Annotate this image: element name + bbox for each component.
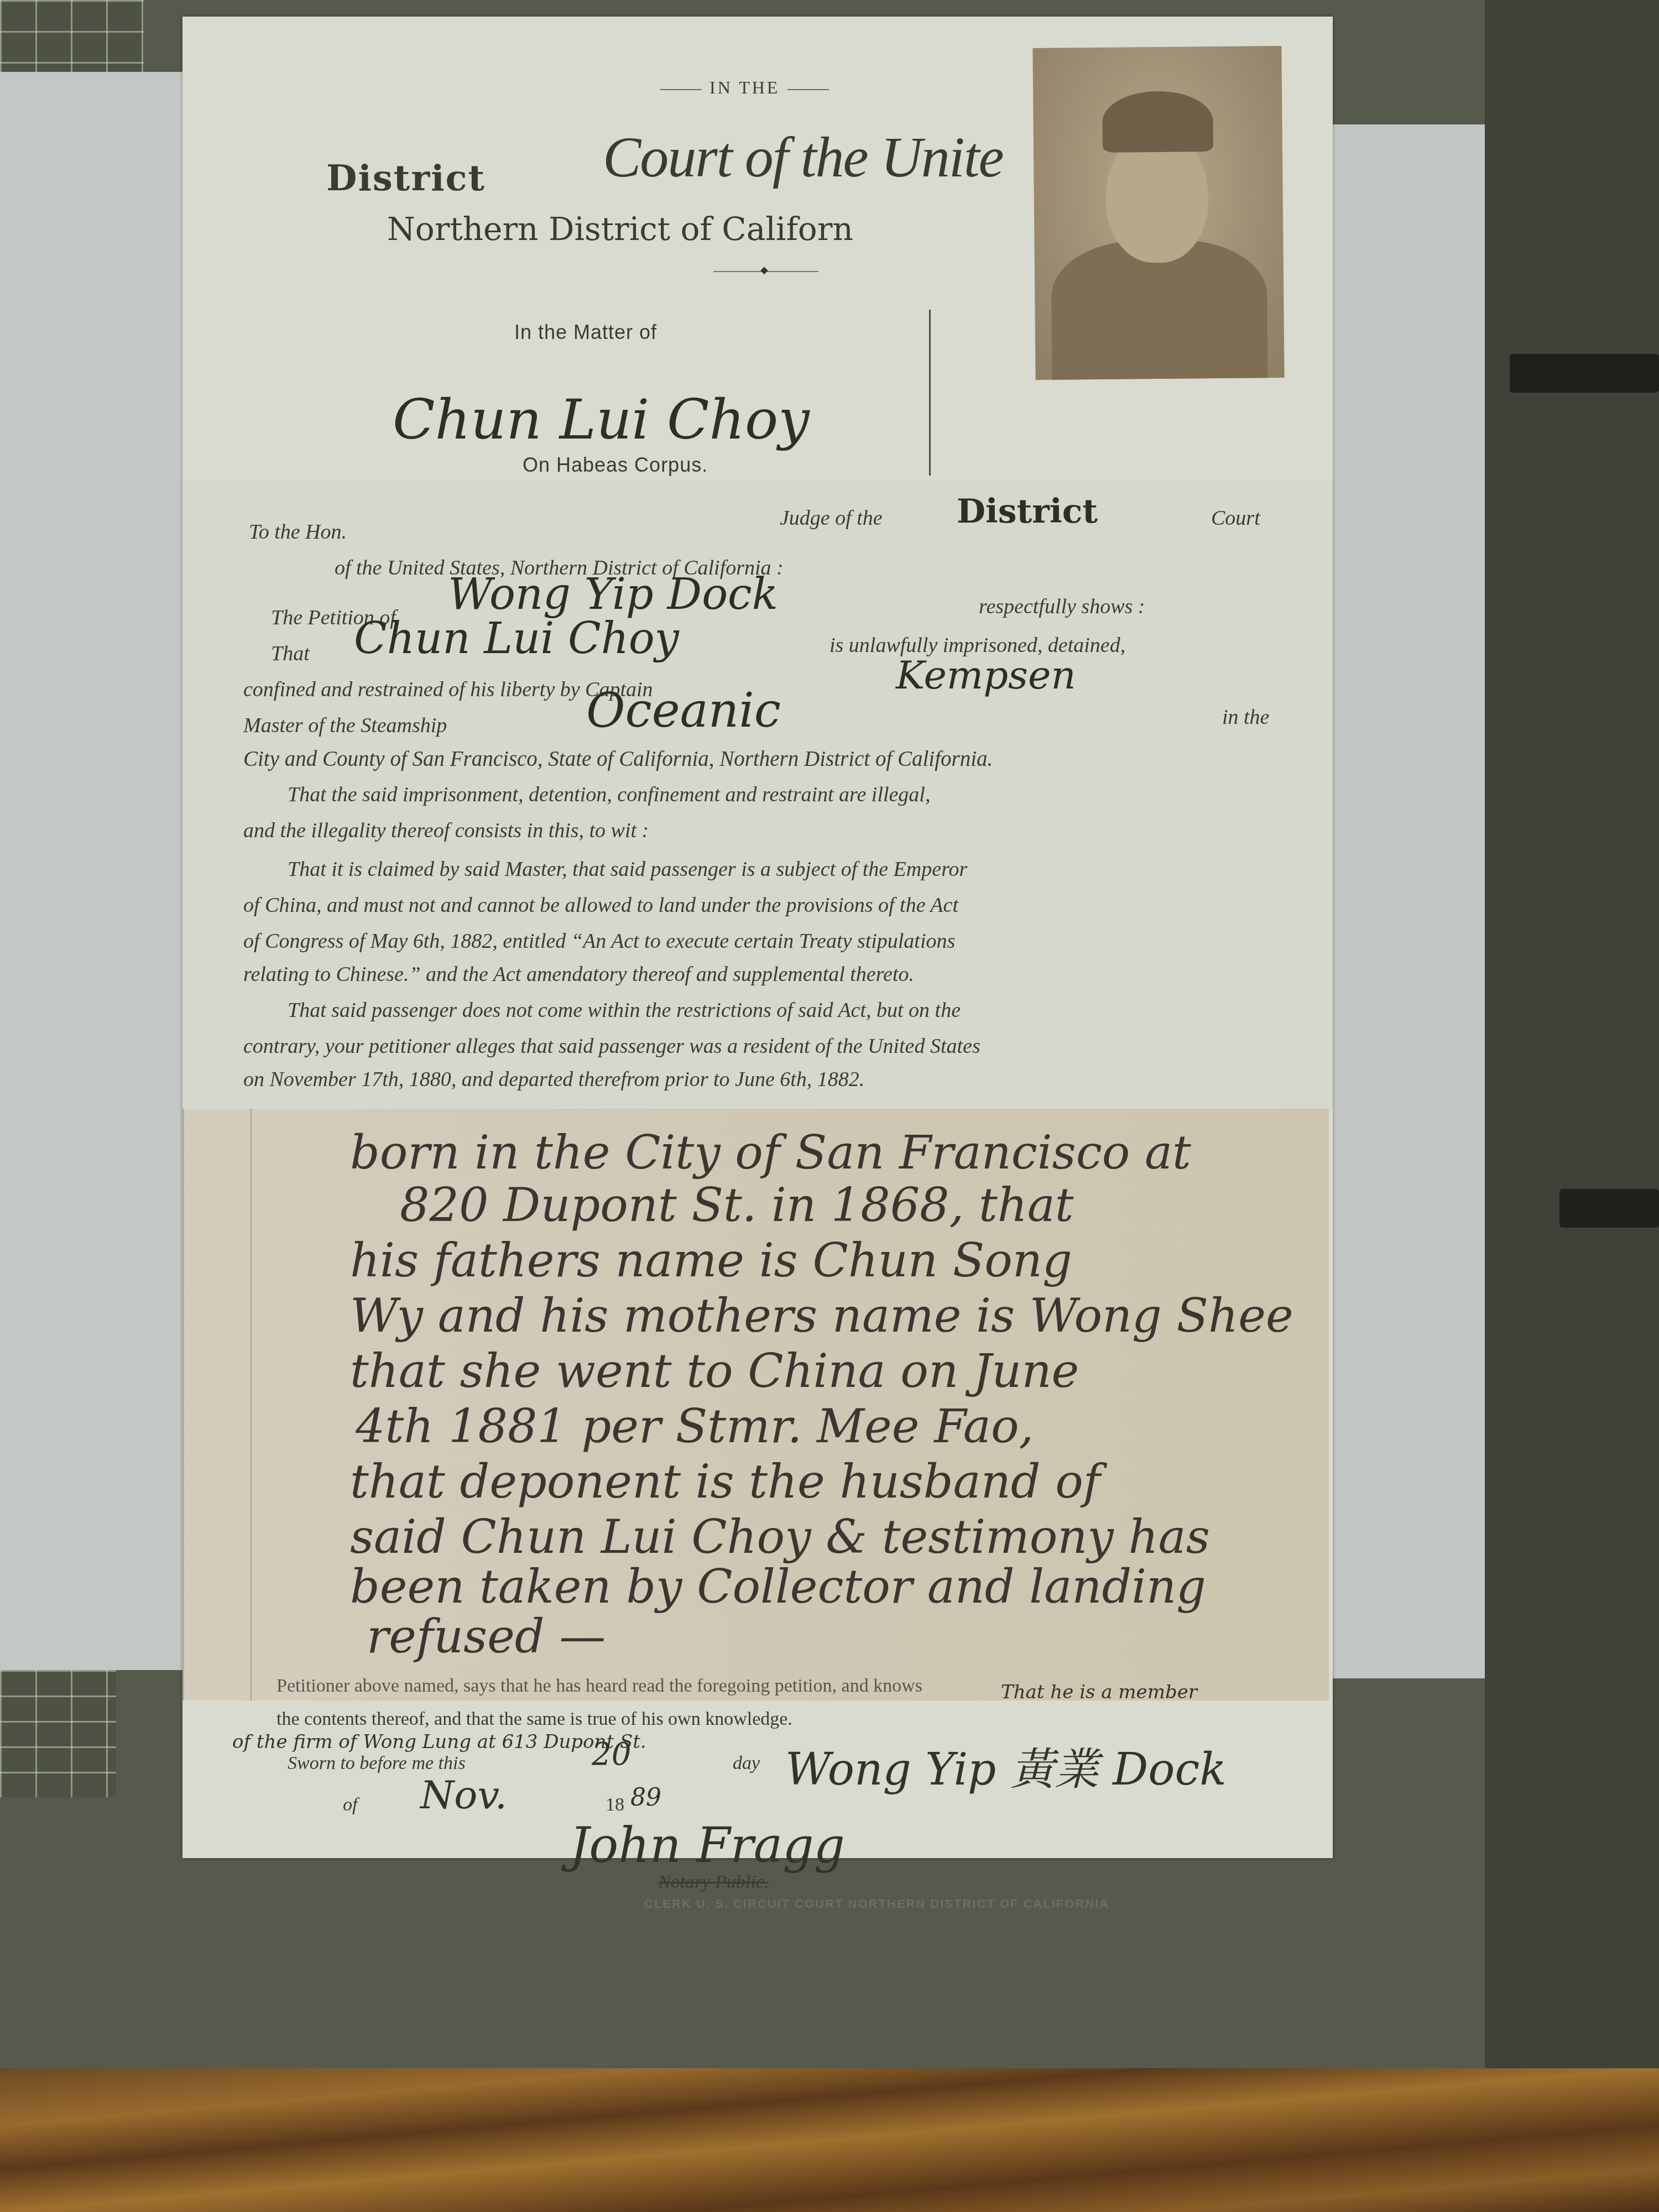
- margin-rule: [251, 1109, 252, 1700]
- paragraph-line: on November 17th, 1880, and departed the…: [243, 1067, 864, 1092]
- petition-form: To the Hon. Judge of the District Court …: [182, 481, 1333, 1112]
- handwritten-line: Wy and his mothers name is Wong Shee: [350, 1288, 1293, 1343]
- handwritten-line: that she went to China on June: [350, 1344, 1079, 1398]
- court-type-handwritten: District: [326, 158, 486, 199]
- jurat-printed-line: the contents thereof, and that the same …: [276, 1709, 792, 1730]
- handwritten-line: been taken by Collector and landing: [350, 1559, 1206, 1614]
- that-label: That: [271, 641, 310, 666]
- header-in-the: IN THE: [653, 77, 837, 98]
- matter-label: In the Matter of: [514, 321, 657, 344]
- handwritten-line: said Chun Lui Choy & testimony has: [350, 1510, 1210, 1564]
- court-title: Court of the Unite: [603, 124, 1003, 190]
- photo-cap-shape: [1102, 91, 1213, 153]
- month-handwritten: Nov.: [420, 1772, 507, 1818]
- background-grid-mat: [0, 0, 144, 72]
- handwritten-line: born in the City of San Francisco at: [350, 1125, 1191, 1180]
- handwritten-line: his fathers name is Chun Song: [350, 1233, 1072, 1287]
- petitioner-name-handwritten: Wong Yip Dock: [448, 570, 778, 619]
- to-the-hon: To the Hon.: [249, 520, 347, 544]
- jurat-handwritten-firm: of the firm of Wong Lung at 613 Dupont S…: [232, 1731, 646, 1753]
- city-county-line: City and County of San Francisco, State …: [243, 747, 993, 771]
- of-label: of: [343, 1794, 357, 1815]
- steamship-name-handwritten: Oceanic: [586, 683, 781, 738]
- footer-imprint: CLERK U. S. CIRCUIT COURT NORTHERN DISTR…: [644, 1897, 1109, 1911]
- captain-name-handwritten: Kempsen: [896, 653, 1076, 698]
- binder-clip: [1559, 1189, 1659, 1228]
- jurat-handwritten-addition: That he is a member: [1001, 1681, 1197, 1703]
- paragraph-line: That said passenger does not come within…: [288, 998, 961, 1022]
- day-label: day: [733, 1753, 760, 1774]
- in-the-label: in the: [1222, 705, 1269, 729]
- matter-name-handwritten: Chun Lui Choy: [393, 387, 810, 452]
- judge-court-handwritten: District: [957, 492, 1098, 531]
- handwritten-line: refused —: [367, 1609, 606, 1663]
- master-of-steamship: Master of the Steamship: [243, 713, 447, 738]
- binder-clip: [1510, 354, 1659, 393]
- notary-label: Notary Public.: [658, 1872, 769, 1893]
- paragraph-line: of China, and must not and cannot be all…: [243, 893, 958, 917]
- background-grid-mat-bottom: [0, 1670, 116, 1797]
- matter-box: In the Matter of Chun Lui Choy On Habeas…: [265, 310, 931, 476]
- portrait-photo: [1032, 46, 1284, 380]
- paragraph-line: contrary, your petitioner alleges that s…: [243, 1034, 980, 1058]
- paragraph-line: relating to Chinese.” and the Act amenda…: [243, 962, 914, 987]
- wood-table: [0, 2068, 1659, 2212]
- handwritten-line: 4th 1881 per Stmr. Mee Fao,: [356, 1399, 1034, 1453]
- day-handwritten: 20: [592, 1736, 631, 1772]
- judge-of-the: Judge of the: [780, 506, 883, 530]
- court-word: Court: [1211, 506, 1260, 530]
- handwritten-line: 820 Dupont St. in 1868, that: [400, 1178, 1074, 1232]
- paragraph-line: That it is claimed by said Master, that …: [288, 857, 967, 881]
- matter-proceeding: On Habeas Corpus.: [523, 453, 708, 477]
- ornament-divider: [713, 271, 818, 272]
- detainee-name-handwritten: Chun Lui Choy: [354, 614, 679, 664]
- respectfully-shows: respectfully shows :: [979, 594, 1145, 619]
- petitioner-signature: Wong Yip 黃業 Dock: [785, 1734, 1227, 1797]
- year-handwritten: 89: [630, 1783, 661, 1812]
- paragraph-line: That the said imprisonment, detention, c…: [288, 782, 930, 807]
- background-paper-left: [0, 72, 182, 1670]
- background-dark-panel: [1485, 0, 1659, 2079]
- jurat-printed-line: Petitioner above named, says that he has…: [276, 1676, 922, 1697]
- notary-signature: John Fragg: [570, 1817, 845, 1874]
- paragraph-line: and the illegality thereof consists in t…: [243, 818, 649, 843]
- habeas-corpus-petition: IN THE District Court of the Unite North…: [182, 17, 1333, 1858]
- year-prefix: 18: [606, 1794, 624, 1815]
- background-paper-right: [1327, 124, 1485, 1678]
- paragraph-line: of Congress of May 6th, 1882, entitled “…: [243, 929, 955, 953]
- district-line: Northern District of Californ: [387, 210, 853, 248]
- sworn-label: Sworn to before me this: [288, 1753, 466, 1774]
- handwritten-insert: born in the City of San Francisco at 820…: [182, 1109, 1329, 1700]
- handwritten-line: that deponent is the husband of: [350, 1454, 1100, 1509]
